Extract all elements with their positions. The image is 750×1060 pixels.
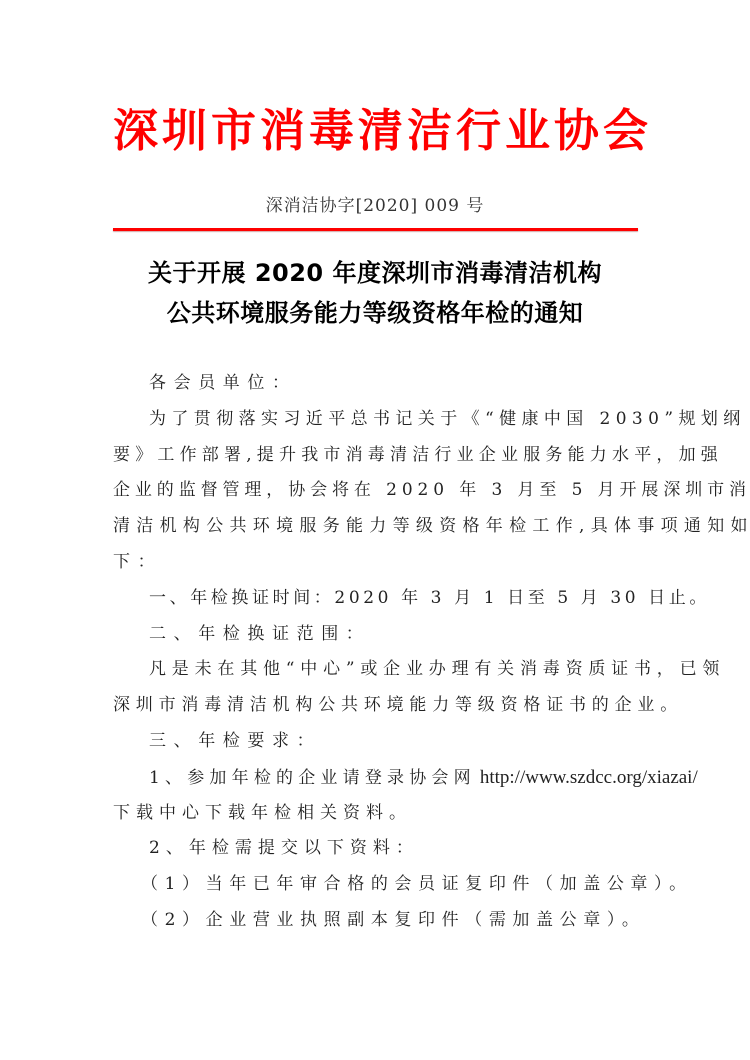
section-2-heading: 二、年检换证范围： <box>113 617 637 653</box>
requirement-1-continued: 下载中心下载年检相关资料。 <box>113 796 637 832</box>
document-page: 深圳市消毒清洁行业协会 深消洁协字[2020] 009 号 关于开展 2020 … <box>0 0 750 1060</box>
letterhead-divider <box>113 228 638 231</box>
intro-line-2: 要》工作部署,提升我市消毒清洁行业企业服务能力水平，加强 <box>113 438 637 474</box>
notice-title-line-2: 公共环境服务能力等级资格年检的通知 <box>113 293 637 333</box>
salutation: 各会员单位： <box>113 366 637 402</box>
section-1-time: 一、年检换证时间：2020 年 3 月 1 日至 5 月 30 日止。 <box>113 581 637 617</box>
section-2-line-1: 凡是未在其他“中心”或企业办理有关消毒资质证书，已领 <box>113 652 637 688</box>
intro-line-4: 清洁机构公共环境服务能力等级资格年检工作,具体事项通知如 <box>113 509 637 545</box>
requirement-1: 1、参加年检的企业请登录协会网http://www.szdcc.org/xiaz… <box>113 760 637 796</box>
notice-body: 各会员单位： 为了贯彻落实习近平总书记关于《“健康中国 2030”规划纲 要》工… <box>113 366 637 939</box>
association-download-link[interactable]: http://www.szdcc.org/xiazai/ <box>480 767 698 788</box>
document-number: 深消洁协字[2020] 009 号 <box>113 193 637 219</box>
requirement-1-text: 1、参加年检的企业请登录协会网 <box>149 768 476 788</box>
section-3-heading: 三、年检要求： <box>113 724 637 760</box>
notice-title-line-1: 关于开展 2020 年度深圳市消毒清洁机构 <box>113 253 637 293</box>
organization-letterhead: 深圳市消毒清洁行业协会 <box>113 98 637 164</box>
intro-line-5: 下： <box>113 545 637 581</box>
notice-title: 关于开展 2020 年度深圳市消毒清洁机构 公共环境服务能力等级资格年检的通知 <box>113 253 637 333</box>
intro-line-1: 为了贯彻落实习近平总书记关于《“健康中国 2030”规划纲 <box>113 402 637 438</box>
section-2-line-2: 深圳市消毒清洁机构公共环境能力等级资格证书的企业。 <box>113 688 637 724</box>
requirement-2-item-2: （2）企业营业执照副本复印件（需加盖公章）。 <box>113 903 637 939</box>
intro-line-3: 企业的监督管理，协会将在 2020 年 3 月至 5 月开展深圳市消毒 <box>113 473 637 509</box>
requirement-2-heading: 2、年检需提交以下资料： <box>113 831 637 867</box>
requirement-2-item-1: （1）当年已年审合格的会员证复印件（加盖公章）。 <box>113 867 637 903</box>
